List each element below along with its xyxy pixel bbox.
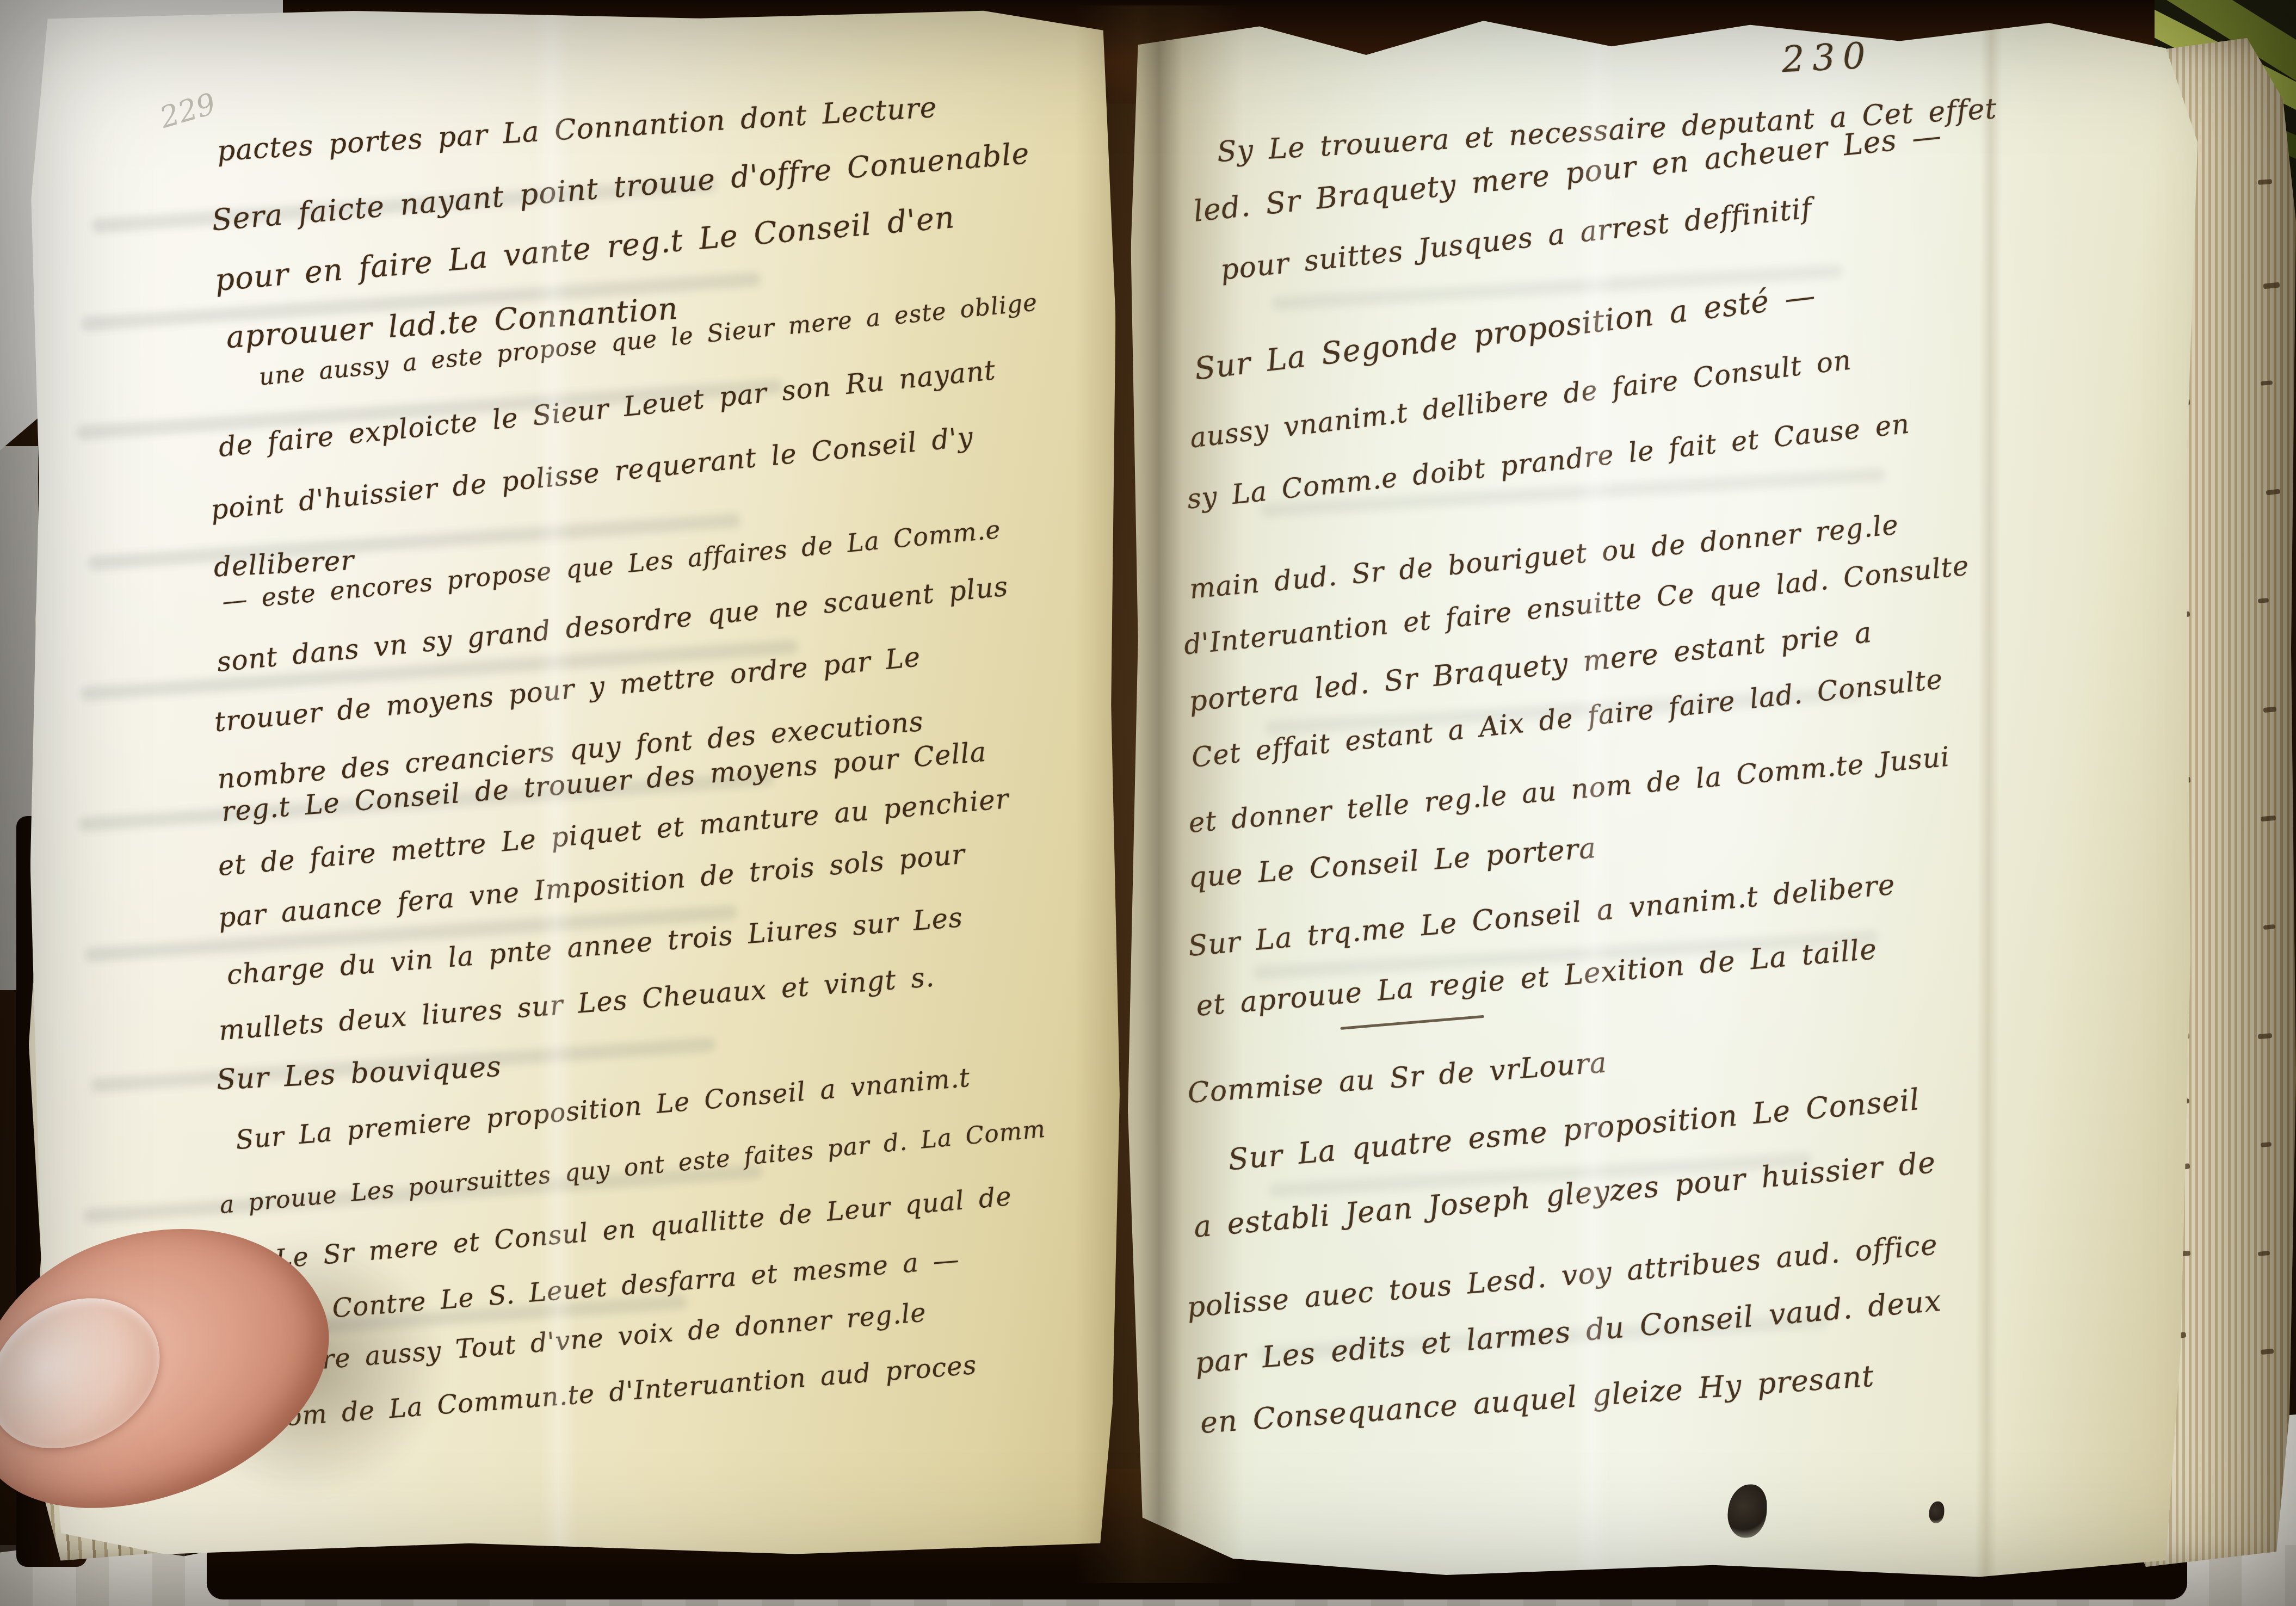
underline-stroke xyxy=(1340,1015,1484,1030)
manuscript-line: Sur Les bouviques xyxy=(215,1051,502,1097)
page-right: 230 Sy Le trouuera et necessaire deputan… xyxy=(1126,14,2198,1584)
page-crease xyxy=(1975,16,2002,1583)
manuscript-line: Commise au Sr de vrLoura xyxy=(1187,1046,1608,1109)
ink-blot xyxy=(1929,1502,1944,1523)
manuscript-photo: 229 pactes portes par La Connantion dont… xyxy=(0,0,2296,1606)
manuscript-line: que Le Conseil Le portera xyxy=(1187,832,1597,894)
ink-blot xyxy=(1727,1484,1767,1537)
edge-ink-mark xyxy=(2258,598,2269,603)
page-number: 230 xyxy=(1781,34,1874,81)
edge-ink-mark xyxy=(2258,179,2273,185)
page-number-faint: 229 xyxy=(156,87,220,135)
edge-ink-mark xyxy=(2261,1142,2272,1147)
